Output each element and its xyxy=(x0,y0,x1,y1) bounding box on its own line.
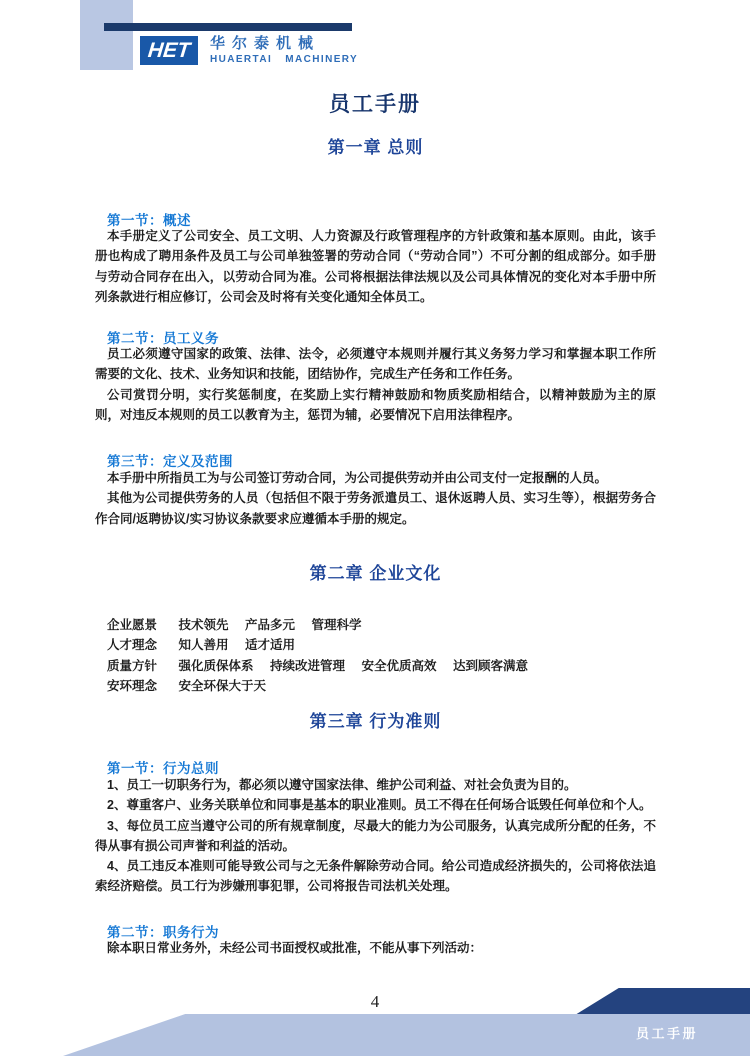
value-row: 人才理念 知人善用 适才适用 xyxy=(107,635,656,655)
logo-monogram: HET xyxy=(147,39,192,63)
paragraph: 员工必须遵守国家的政策、法律、法令，必须遵守本规则并履行其义务努力学习和掌握本职… xyxy=(95,344,656,385)
paragraph: 除本职日常业务外，未经公司书面授权或批准，不能从事下列活动： xyxy=(95,938,656,958)
section-1-2-body: 员工必须遵守国家的政策、法律、法令，必须遵守本规则并履行其义务努力学习和掌握本职… xyxy=(95,344,656,425)
footer-band-label: 员工手册 xyxy=(636,1023,698,1042)
section-1-3-heading: 第三节：定义及范围 xyxy=(107,450,233,470)
numbered-rule: 1、员工一切职务行为，都必须以遵守国家法律、维护公司利益、对社会负责为目的。 xyxy=(95,775,656,795)
paragraph: 公司赏罚分明，实行奖惩制度，在奖励上实行精神鼓励和物质奖励相结合，以精神鼓励为主… xyxy=(95,385,656,426)
value-row: 企业愿景 技术领先 产品多元 管理科学 xyxy=(107,615,656,635)
chapter-3-heading: 第三章 行为准则 xyxy=(95,707,656,732)
numbered-rule: 2、尊重客户、业务关联单位和同事是基本的职业准则。员工不得在任何场合诋毁任何单位… xyxy=(95,795,656,815)
value-item: 持续改进管理 xyxy=(270,656,345,676)
value-label: 人才理念 xyxy=(107,635,157,655)
chapter-1-heading: 第一章 总则 xyxy=(95,133,656,158)
section-3-1-heading: 第一节：行为总则 xyxy=(107,757,219,777)
value-row: 质量方针 强化质保体系 持续改进管理 安全优质高效 达到顾客满意 xyxy=(107,656,656,676)
header-accent-rectangle xyxy=(80,0,133,70)
numbered-rule: 4、员工违反本准则可能导致公司与之无条件解除劳动合同。给公司造成经济损失的，公司… xyxy=(95,856,656,897)
company-logo: HET xyxy=(140,36,198,65)
section-1-3-body: 本手册中所指员工为与公司签订劳动合同，为公司提供劳动并由公司支付一定报酬的人员。… xyxy=(95,468,656,529)
paragraph: 其他为公司提供劳务的人员（包括但不限于劳务派遣员工、退休返聘人员、实习生等），根… xyxy=(95,488,656,529)
handbook-page: HET 华尔泰机械 HUAERTAI MACHINERY 员工手册 第一章 总则… xyxy=(0,0,750,1056)
value-row: 安环理念 安全环保大于天 xyxy=(107,676,656,696)
value-item: 技术领先 xyxy=(179,615,229,635)
paragraph: 本手册中所指员工为与公司签订劳动合同，为公司提供劳动并由公司支付一定报酬的人员。 xyxy=(95,468,656,488)
value-label: 企业愿景 xyxy=(107,615,157,635)
value-item: 适才适用 xyxy=(245,635,295,655)
value-item: 安全环保大于天 xyxy=(179,676,267,696)
value-label: 质量方针 xyxy=(107,656,157,676)
value-item: 安全优质高效 xyxy=(362,656,437,676)
numbered-rule: 3、每位员工应当遵守公司的所有规章制度，尽最大的能力为公司服务，认真完成所分配的… xyxy=(95,816,656,857)
document-title: 员工手册 xyxy=(0,88,750,118)
value-item: 管理科学 xyxy=(312,615,362,635)
company-name-block: 华尔泰机械 HUAERTAI MACHINERY xyxy=(210,36,358,65)
chapter-2-heading: 第二章 企业文化 xyxy=(95,559,656,584)
corporate-values-list: 企业愿景 技术领先 产品多元 管理科学 人才理念 知人善用 适才适用 质量方针 … xyxy=(107,615,656,696)
value-item: 强化质保体系 xyxy=(179,656,254,676)
value-item: 达到顾客满意 xyxy=(453,656,528,676)
header-navy-bar xyxy=(104,23,352,31)
value-item: 知人善用 xyxy=(179,635,229,655)
value-label: 安环理念 xyxy=(107,676,157,696)
company-name-en: HUAERTAI MACHINERY xyxy=(210,55,358,65)
value-item: 产品多元 xyxy=(245,615,295,635)
company-name-cn: 华尔泰机械 xyxy=(210,36,358,51)
section-3-2-body: 除本职日常业务外，未经公司书面授权或批准，不能从事下列活动： xyxy=(95,938,656,958)
paragraph: 本手册定义了公司安全、员工文明、人力资源及行政管理程序的方针政策和基本原则。由此… xyxy=(95,226,656,307)
section-1-1-body: 本手册定义了公司安全、员工文明、人力资源及行政管理程序的方针政策和基本原则。由此… xyxy=(95,226,656,307)
section-3-1-body: 1、员工一切职务行为，都必须以遵守国家法律、维护公司利益、对社会负责为目的。 2… xyxy=(95,775,656,897)
